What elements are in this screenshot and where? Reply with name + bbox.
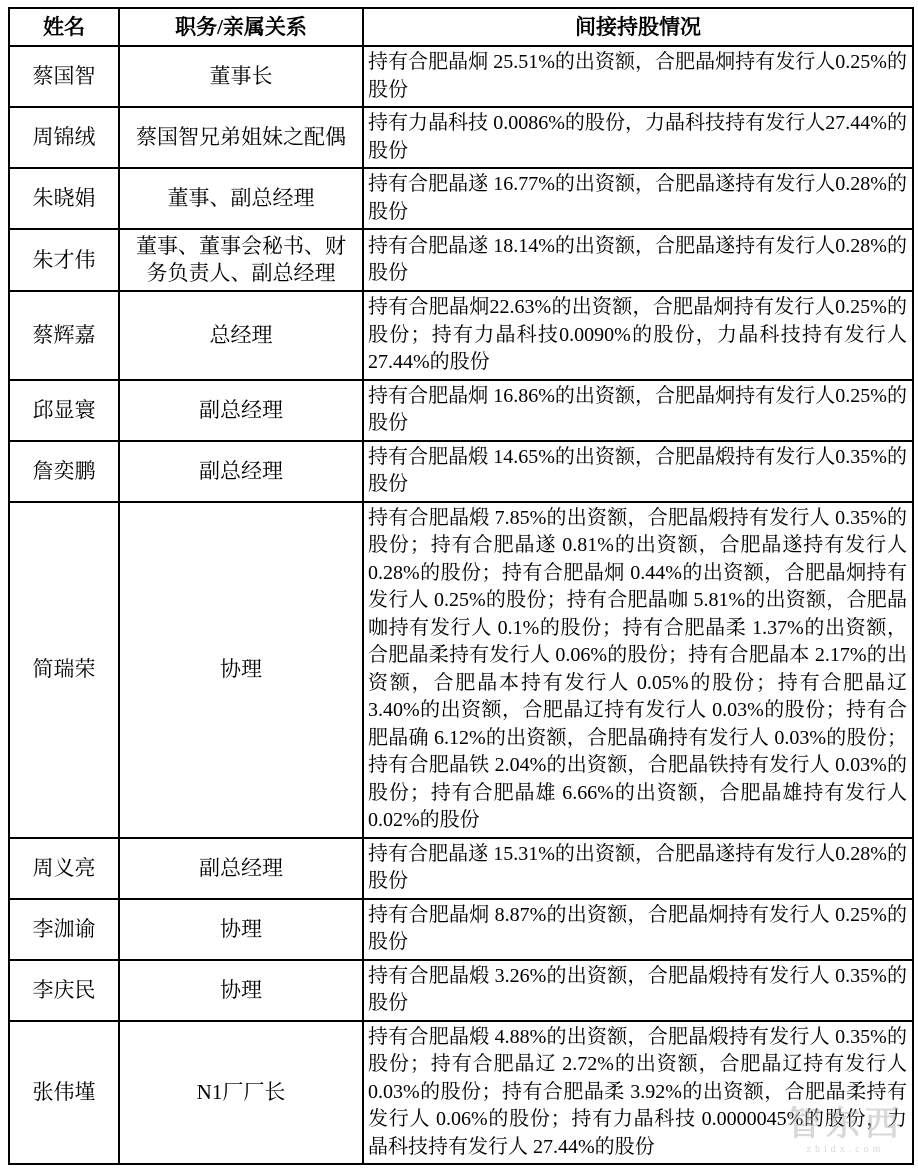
indirect-shareholding-table: 姓名 职务/亲属关系 间接持股情况 蔡国智 董事长 持有合肥晶炯 25.51%的…	[8, 7, 914, 1165]
person-shareholding: 持有合肥晶煅 14.65%的出资额，合肥晶煅持有发行人0.35%的股份	[363, 441, 913, 502]
person-name: 周锦绒	[9, 107, 119, 168]
table-row: 蔡国智 董事长 持有合肥晶炯 25.51%的出资额，合肥晶炯持有发行人0.25%…	[9, 46, 913, 107]
table-row: 朱晓娟 董事、副总经理 持有合肥晶遂 16.77%的出资额，合肥晶遂持有发行人0…	[9, 168, 913, 229]
person-shareholding: 持有合肥晶煅 4.88%的出资额，合肥晶煅持有发行人 0.35%的股份；持有合肥…	[363, 1021, 913, 1165]
table-row: 朱才伟 董事、董事会秘书、财务负责人、副总经理 持有合肥晶遂 18.14%的出资…	[9, 229, 913, 291]
person-position: 总经理	[119, 291, 363, 380]
column-header-shareholding: 间接持股情况	[363, 8, 913, 46]
person-name: 朱才伟	[9, 229, 119, 291]
person-position: 副总经理	[119, 380, 363, 441]
table-row: 蔡辉嘉 总经理 持有合肥晶炯22.63%的出资额，合肥晶炯持有发行人0.25%的…	[9, 291, 913, 380]
person-shareholding: 持有合肥晶煅 3.26%的出资额，合肥晶煅持有发行人 0.35%的股份	[363, 960, 913, 1021]
person-name: 李泇谕	[9, 899, 119, 960]
column-header-name: 姓名	[9, 8, 119, 46]
document-page: 姓名 职务/亲属关系 间接持股情况 蔡国智 董事长 持有合肥晶炯 25.51%的…	[0, 0, 918, 1173]
table-row: 詹奕鹏 副总经理 持有合肥晶煅 14.65%的出资额，合肥晶煅持有发行人0.35…	[9, 441, 913, 502]
person-shareholding: 持有合肥晶炯 16.86%的出资额，合肥晶炯持有发行人0.25%的股份	[363, 380, 913, 441]
table-row: 李泇谕 协理 持有合肥晶炯 8.87%的出资额，合肥晶炯持有发行人 0.25%的…	[9, 899, 913, 960]
person-position: 协理	[119, 899, 363, 960]
person-position: 协理	[119, 502, 363, 838]
table-header-row: 姓名 职务/亲属关系 间接持股情况	[9, 8, 913, 46]
person-name: 李庆民	[9, 960, 119, 1021]
person-shareholding: 持有合肥晶炯 8.87%的出资额，合肥晶炯持有发行人 0.25%的股份	[363, 899, 913, 960]
table-row: 邱显寰 副总经理 持有合肥晶炯 16.86%的出资额，合肥晶炯持有发行人0.25…	[9, 380, 913, 441]
table-row: 简瑞荣 协理 持有合肥晶煅 7.85%的出资额，合肥晶煅持有发行人 0.35%的…	[9, 502, 913, 838]
person-position: N1厂厂长	[119, 1021, 363, 1165]
table-row: 周义亮 副总经理 持有合肥晶遂 15.31%的出资额，合肥晶遂持有发行人0.28…	[9, 838, 913, 899]
person-shareholding: 持有合肥晶遂 15.31%的出资额，合肥晶遂持有发行人0.28%的股份	[363, 838, 913, 899]
person-position: 蔡国智兄弟姐妹之配偶	[119, 107, 363, 168]
person-name: 朱晓娟	[9, 168, 119, 229]
table-row: 张伟墐 N1厂厂长 持有合肥晶煅 4.88%的出资额，合肥晶煅持有发行人 0.3…	[9, 1021, 913, 1165]
person-name: 简瑞荣	[9, 502, 119, 838]
person-shareholding: 持有合肥晶炯 25.51%的出资额，合肥晶炯持有发行人0.25%的股份	[363, 46, 913, 107]
person-shareholding: 持有合肥晶煅 7.85%的出资额，合肥晶煅持有发行人 0.35%的股份；持有合肥…	[363, 502, 913, 838]
person-name: 周义亮	[9, 838, 119, 899]
person-name: 蔡国智	[9, 46, 119, 107]
person-shareholding: 持有合肥晶炯22.63%的出资额，合肥晶炯持有发行人0.25%的股份；持有力晶科…	[363, 291, 913, 380]
person-position: 董事、副总经理	[119, 168, 363, 229]
person-name: 张伟墐	[9, 1021, 119, 1165]
column-header-position: 职务/亲属关系	[119, 8, 363, 46]
person-name: 邱显寰	[9, 380, 119, 441]
person-shareholding: 持有合肥晶遂 16.77%的出资额，合肥晶遂持有发行人0.28%的股份	[363, 168, 913, 229]
table-row: 周锦绒 蔡国智兄弟姐妹之配偶 持有力晶科技 0.0086%的股份，力晶科技持有发…	[9, 107, 913, 168]
person-shareholding: 持有力晶科技 0.0086%的股份，力晶科技持有发行人27.44%的股份	[363, 107, 913, 168]
person-name: 詹奕鹏	[9, 441, 119, 502]
person-position: 董事长	[119, 46, 363, 107]
person-position: 董事、董事会秘书、财务负责人、副总经理	[119, 229, 363, 291]
person-shareholding: 持有合肥晶遂 18.14%的出资额，合肥晶遂持有发行人0.28%的股份	[363, 229, 913, 291]
person-name: 蔡辉嘉	[9, 291, 119, 380]
table-row: 李庆民 协理 持有合肥晶煅 3.26%的出资额，合肥晶煅持有发行人 0.35%的…	[9, 960, 913, 1021]
person-position: 副总经理	[119, 838, 363, 899]
person-position: 协理	[119, 960, 363, 1021]
person-position: 副总经理	[119, 441, 363, 502]
